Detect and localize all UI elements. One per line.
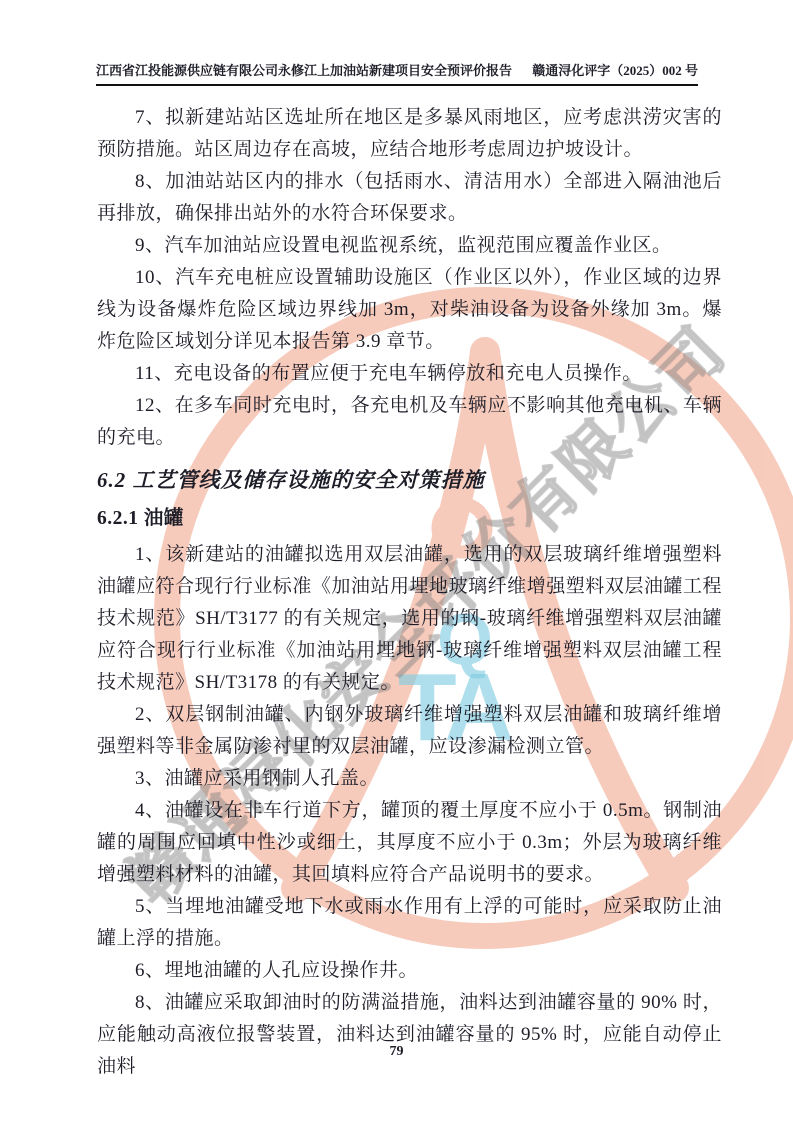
- page-number: 79: [390, 1044, 404, 1059]
- document-number: 赣通浔化评字（2025）002 号: [532, 60, 698, 79]
- paragraph-tank-4: 4、油罐设在非车行道下方，罐顶的覆土厚度不应小于 0.5m。钢制油罐的周围应回填…: [97, 795, 722, 891]
- paragraph-tank-5: 5、当埋地油罐受地下水或雨水作用有上浮的可能时，应采取防止油罐上浮的措施。: [97, 891, 722, 955]
- paragraph-tank-3: 3、油罐应采用钢制人孔盖。: [97, 763, 722, 795]
- document-page: { "header": { "left_title": "江西省江投能源供应链有…: [0, 0, 793, 1122]
- paragraph-item-11: 11、充电设备的布置应便于充电车辆停放和充电人员操作。: [97, 358, 722, 390]
- report-title: 江西省江投能源供应链有限公司永修江上加油站新建项目安全预评价报告: [96, 60, 512, 79]
- paragraph-item-12: 12、在多车同时充电时，各充电机及车辆应不影响其他充电机、车辆的充电。: [97, 390, 722, 454]
- paragraph-tank-2: 2、双层钢制油罐、内钢外玻璃纤维增强塑料双层油罐和玻璃纤维增强塑料等非金属防渗衬…: [97, 699, 722, 763]
- paragraph-item-7: 7、拟新建站站区选址所在地区是多暴风雨地区，应考虑洪涝灾害的预防措施。站区周边存…: [97, 102, 722, 166]
- page-header: 江西省江投能源供应链有限公司永修江上加油站新建项目安全预评价报告 赣通浔化评字（…: [96, 60, 698, 86]
- paragraph-item-9: 9、汽车加油站应设置电视监视系统，监视范围应覆盖作业区。: [97, 230, 722, 262]
- paragraph-item-10: 10、汽车充电桩应设置辅助设施区（作业区以外），作业区域的边界线为设备爆炸危险区…: [97, 262, 722, 358]
- subsection-heading-6-2-1: 6.2.1 油罐: [97, 502, 722, 535]
- page-footer: 79: [0, 1044, 793, 1060]
- document-body: 7、拟新建站站区选址所在地区是多暴风雨地区，应考虑洪涝灾害的预防措施。站区周边存…: [97, 102, 722, 1083]
- paragraph-item-8: 8、加油站站区内的排水（包括雨水、清洁用水）全部进入隔油池后再排放，确保排出站外…: [97, 166, 722, 230]
- paragraph-tank-8: 8、油罐应采取卸油时的防满溢措施，油料达到油罐容量的 90% 时，应能触动高液位…: [97, 987, 722, 1083]
- paragraph-tank-6: 6、埋地油罐的人孔应设操作井。: [97, 955, 722, 987]
- section-heading-6-2: 6.2 工艺管线及储存设施的安全对策措施: [97, 463, 722, 497]
- paragraph-tank-1: 1、该新建站的油罐拟选用双层油罐，选用的双层玻璃纤维增强塑料油罐应符合现行行业标…: [97, 539, 722, 699]
